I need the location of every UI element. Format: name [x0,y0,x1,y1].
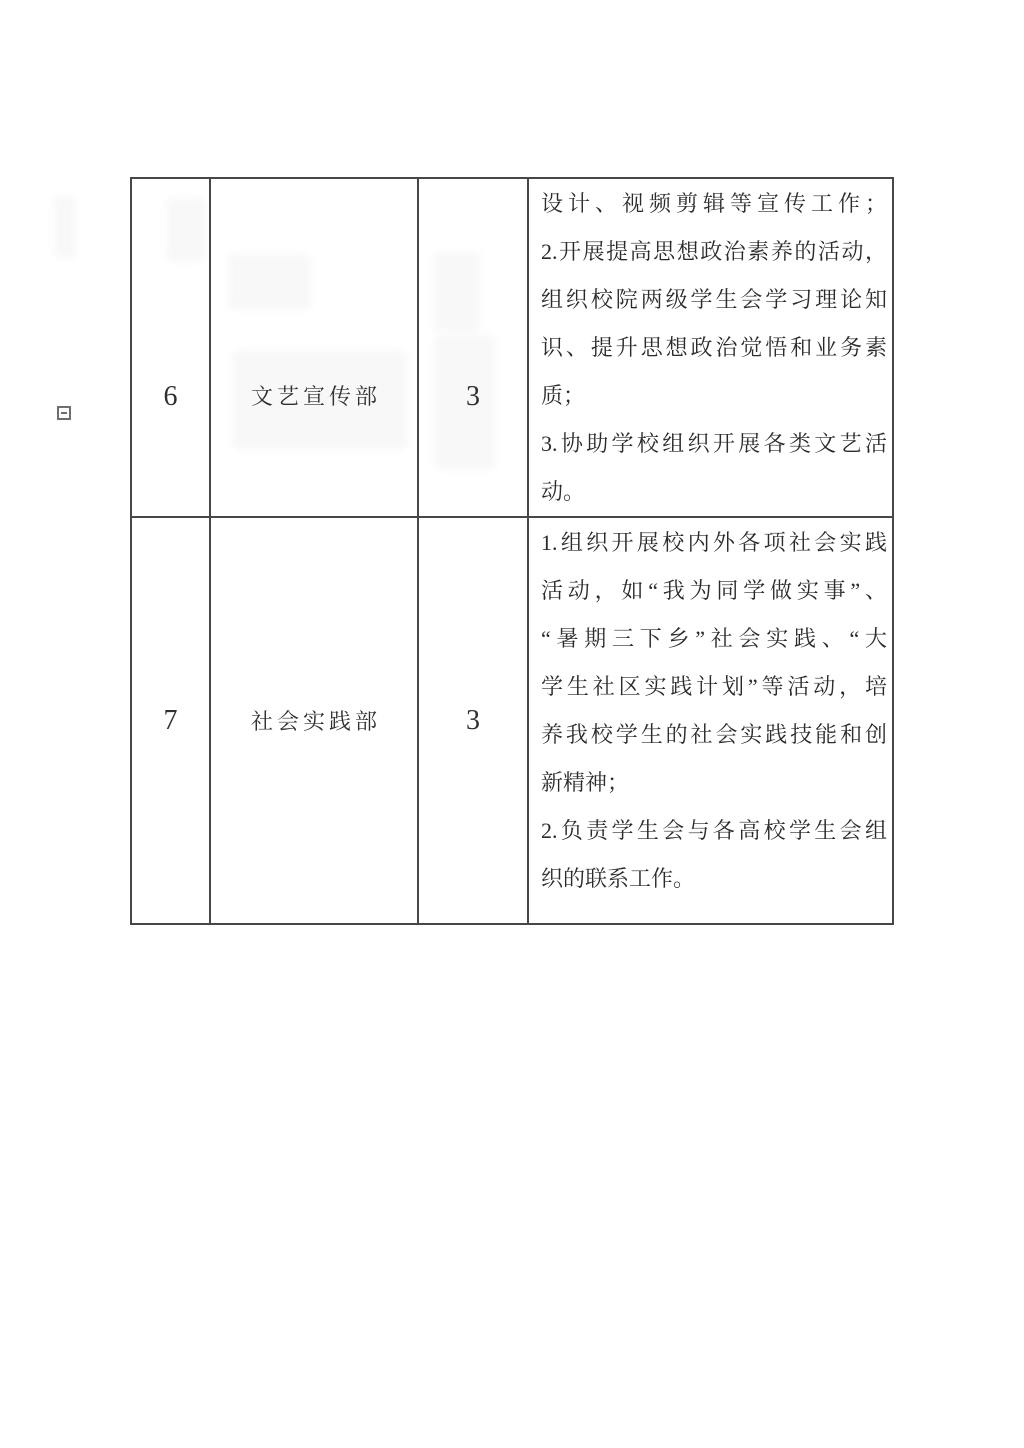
table-row-7-duties-cell: 1.组织开展校内外各项社会实践活动，如“我为同学做实事”、“暑期三下乡”社会实践… [529,518,892,923]
duty-line: 动。 [541,468,887,516]
collapse-outline-icon[interactable] [57,406,71,420]
duty-line: 活动，如“我为同学做实事”、 [541,567,887,615]
member-count: 3 [419,382,527,412]
row-number: 7 [164,705,178,737]
duty-line: 识、提升思想政治觉悟和业务素 [541,324,887,372]
duty-line: 2.负责学生会与各高校学生会组 [541,807,887,855]
duty-line: “暑期三下乡”社会实践、“大 [541,615,887,663]
table-row-6-count-cell: 3 [419,179,529,518]
table-row-6-number-cell: 6 [132,179,211,518]
duty-line: 设计、视频剪辑等宣传工作； [541,180,887,228]
duty-line: 3.协助学校组织开展各类文艺活 [541,420,887,468]
scan-artifact [54,196,76,258]
table-row-7-dept-cell: 社会实践部 [211,518,419,923]
row-number: 6 [132,382,209,412]
table-row-7-count-cell: 3 [419,518,529,923]
duty-line: 1.组织开展校内外各项社会实践 [541,519,887,567]
duty-line: 织的联系工作。 [541,855,887,903]
department-table: 6 文艺宣传部 3 设计、视频剪辑等宣传工作；2.开展提高思想政治素养的活动，组… [130,177,894,925]
table-row-7-number-cell: 7 [132,518,211,923]
duty-line: 组织校院两级学生会学习理论知 [541,276,887,324]
department-name: 文艺宣传部 [211,382,417,412]
duty-line: 新精神； [541,759,887,807]
duty-line: 养我校学生的社会实践技能和创 [541,711,887,759]
duty-line: 质； [541,372,887,420]
duty-line: 2.开展提高思想政治素养的活动， [541,228,887,276]
department-name: 社会实践部 [247,705,381,736]
table-row-6-dept-cell: 文艺宣传部 [211,179,419,518]
duty-line: 学生社区实践计划”等活动，培 [541,663,887,711]
table-row-6-duties-cell: 设计、视频剪辑等宣传工作；2.开展提高思想政治素养的活动，组织校院两级学生会学习… [529,179,892,518]
member-count: 3 [466,705,480,737]
